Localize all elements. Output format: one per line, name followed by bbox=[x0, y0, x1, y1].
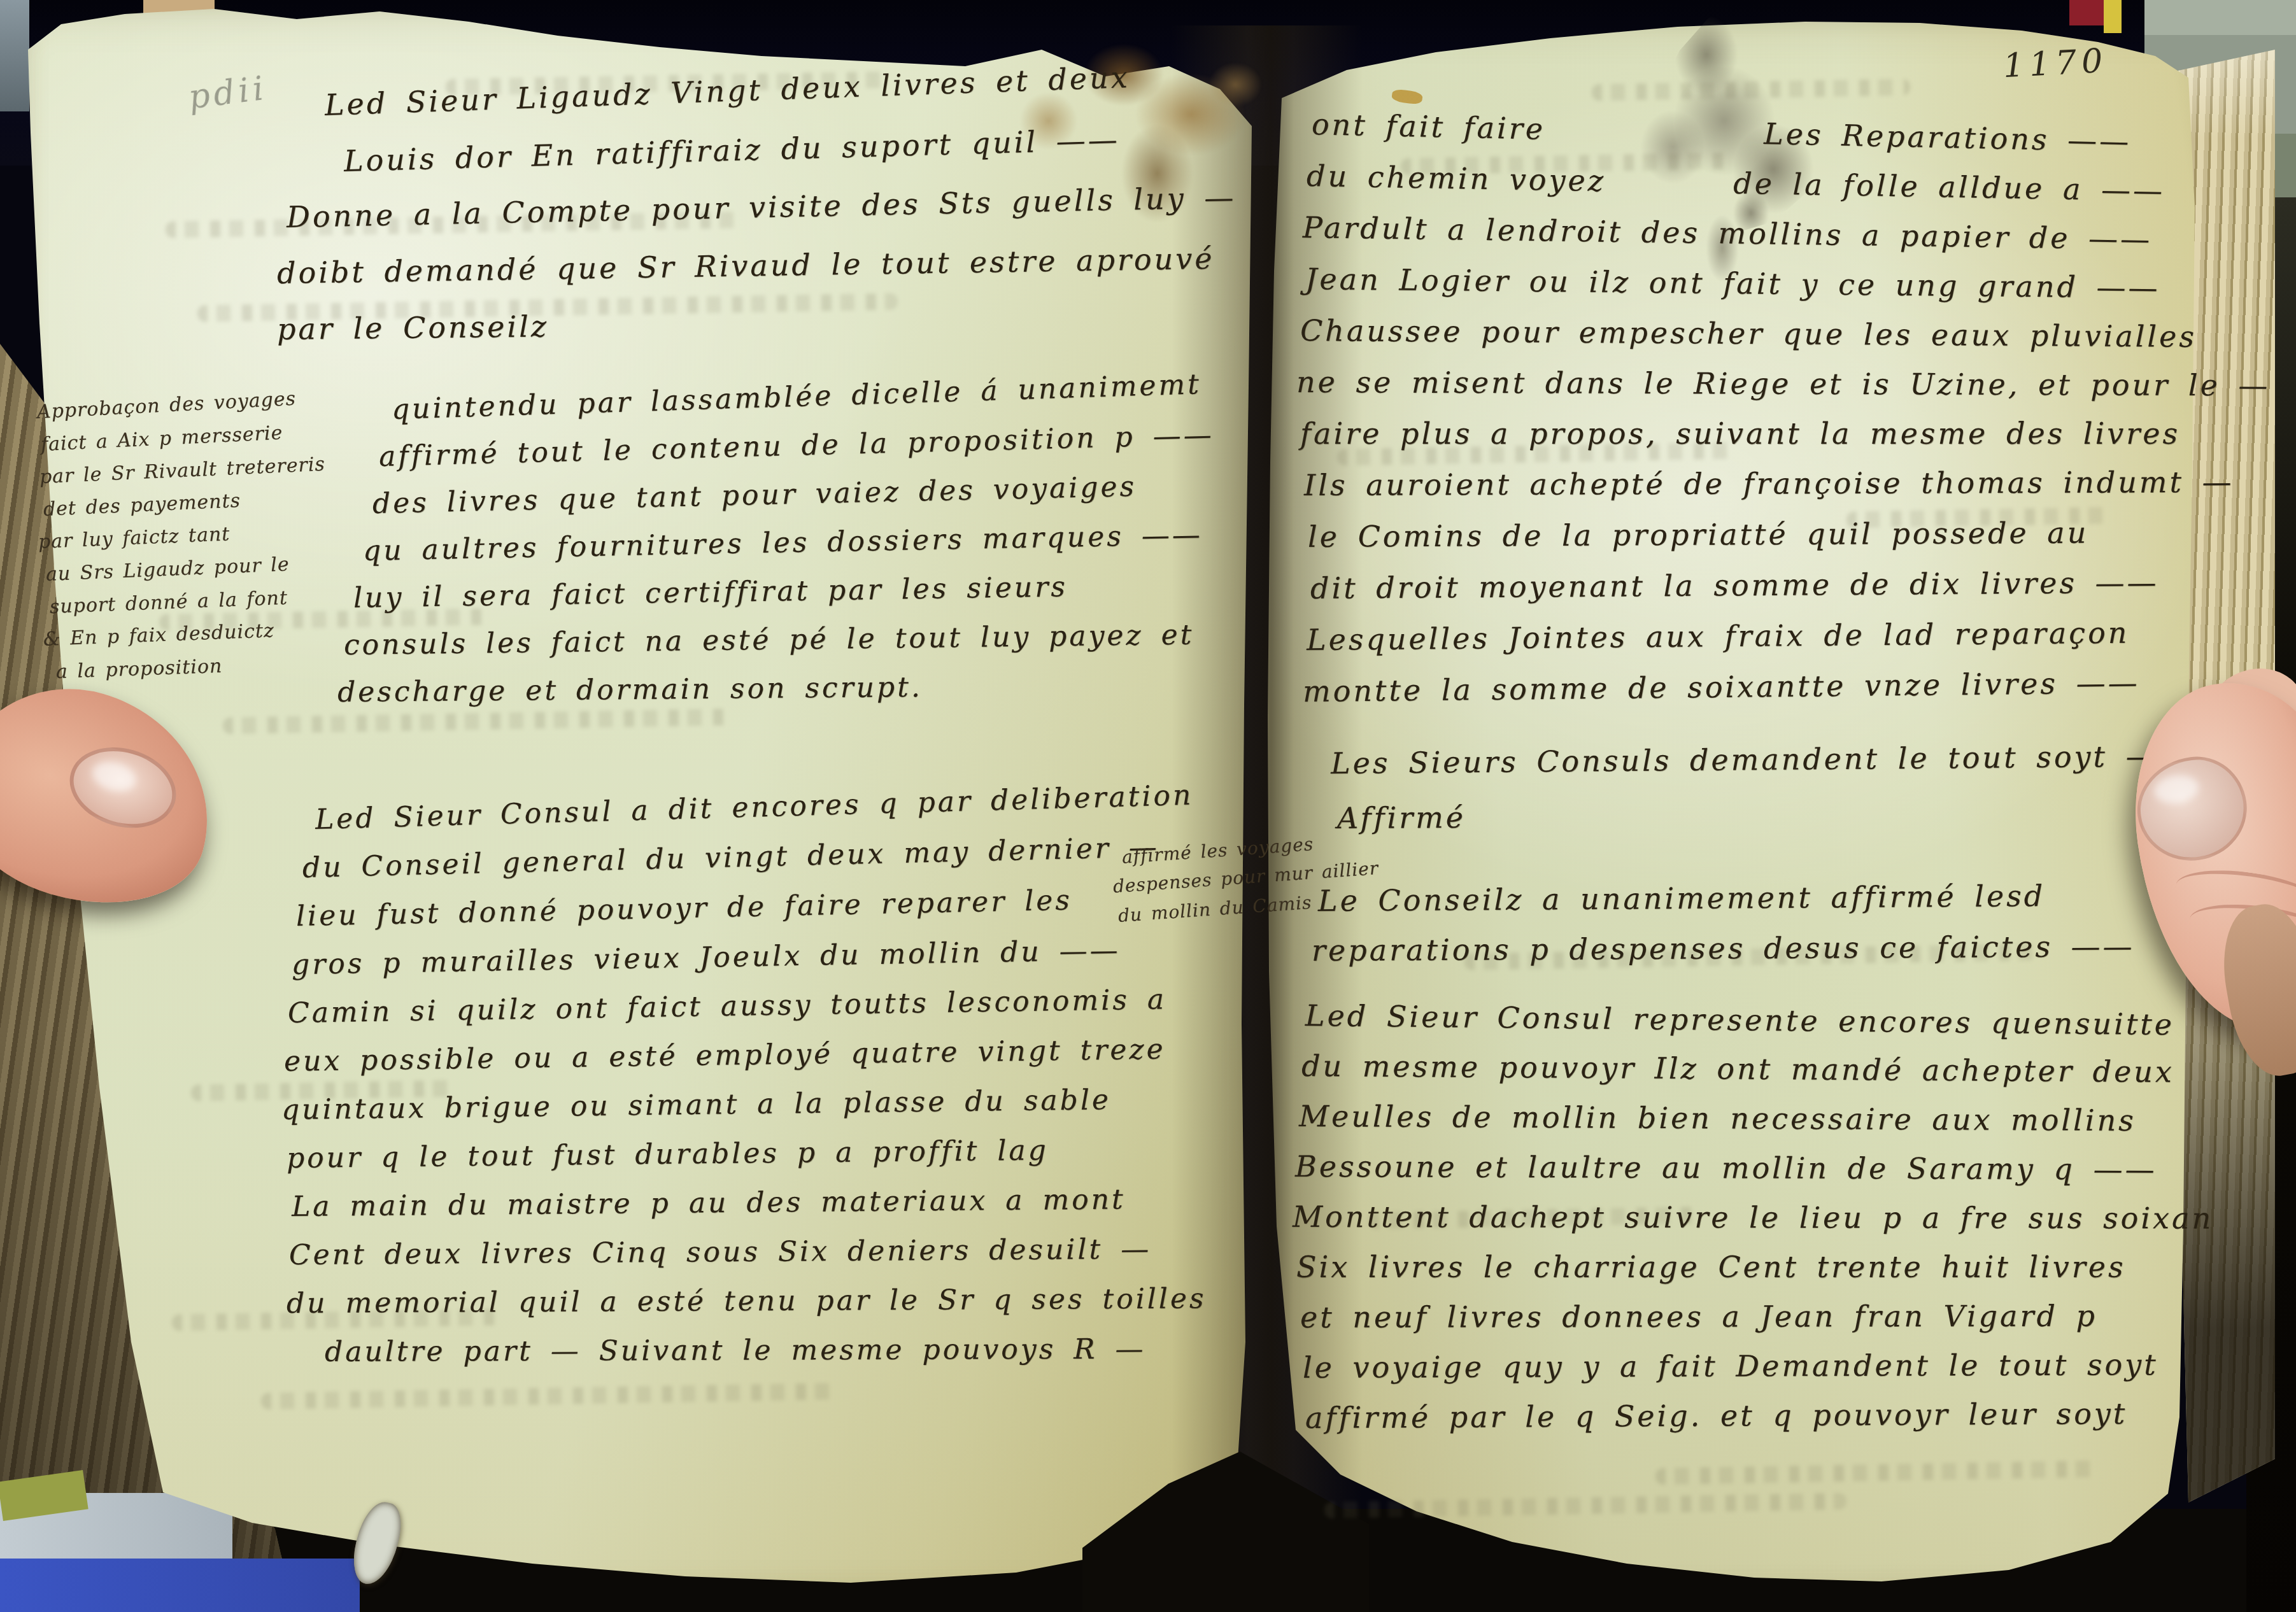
manuscript-line: dit droit moyenant la somme de dix livre… bbox=[1310, 565, 2159, 605]
manuscript-line: le Comins de la propriatté quil possede … bbox=[1308, 516, 2089, 554]
manuscript-line: du memorial quil a esté tenu par le Sr q… bbox=[287, 1282, 1207, 1320]
page-number: 1170 bbox=[2002, 42, 2109, 86]
manuscript-line: Affirmé bbox=[1337, 800, 1466, 835]
manuscript-line: ne se misent dans le Riege et is Uzine, … bbox=[1296, 365, 2270, 402]
manuscript-line: affirmé par le q Seig. et q pouvoyr leur… bbox=[1305, 1396, 2128, 1435]
manuscript-line: daultre part — Suivant le mesme pouvoys … bbox=[325, 1333, 1146, 1368]
right-thumb-nail bbox=[2130, 750, 2253, 867]
manuscript-photo-scene: pdii 1170 Led Sieur Ligaudz Vingt deux l… bbox=[0, 0, 2296, 1612]
manuscript-line: Meulles de mollin bien necessaire aux mo… bbox=[1299, 1099, 2136, 1138]
right-page-paragraph-4: Led Sieur Consul represente encores quen… bbox=[1305, 998, 2296, 1005]
left-page-paragraph-2: quintendu par lassamblée dicelle á unani… bbox=[382, 393, 1401, 400]
left-thumb-nail bbox=[60, 735, 185, 840]
manuscript-line: Cent deux livres Cinq sous Six deniers d… bbox=[289, 1233, 1151, 1271]
left-page-paragraph-1: Led Sieur Ligaudz Vingt deux livres et d… bbox=[299, 88, 1318, 94]
manuscript-line: Six livres le charriage Cent trente huit… bbox=[1296, 1250, 2126, 1284]
right-page-paragraph-1: ont fait faire Les Reparations ——du chem… bbox=[1312, 107, 2296, 113]
manuscript-line: faire plus a propos, suivant la mesme de… bbox=[1300, 416, 2180, 451]
right-page-margin-note: affirmé les voyagesdespenses pour mur ai… bbox=[1122, 847, 2141, 853]
manuscript-line: Monttent dachept suivre le lieu p a fre … bbox=[1293, 1199, 2213, 1236]
manuscript-line: Le Conseilz a unanimement affirmé lesd bbox=[1318, 879, 2045, 918]
nail-highlight bbox=[89, 757, 139, 796]
manuscript-line: et neuf livres donnees a Jean fran Vigar… bbox=[1300, 1299, 2097, 1334]
left-page-paragraph-3: Led Sieur Consul a dit encores q par del… bbox=[299, 803, 1318, 810]
manuscript-line: Ils auroient achepté de françoise thomas… bbox=[1304, 465, 2234, 502]
nail-highlight bbox=[2153, 772, 2200, 806]
manuscript-line: du mesme pouvoyr Ilz ont mandé achepter … bbox=[1301, 1049, 2174, 1089]
manuscript-line: Lesquelles Jointes aux fraix de lad repa… bbox=[1307, 616, 2130, 657]
manuscript-line: Bessoune et laultre au mollin de Saramy … bbox=[1295, 1149, 2157, 1187]
left-page-margin-note: Approbaçon des voyagesfaict a Aix p mers… bbox=[37, 401, 1056, 407]
manuscript-line: descharge et dormain son scrupt. bbox=[337, 671, 923, 709]
manuscript-line: par le Conseilz bbox=[277, 309, 549, 346]
manuscript-line: reparations p despenses desus ce faictes… bbox=[1312, 929, 2135, 968]
manuscript-line: le voyaige quy y a fait Demandent le tou… bbox=[1303, 1347, 2158, 1385]
manuscript-line: Chaussee pour empescher que les eaux plu… bbox=[1300, 313, 2197, 354]
table-blue-corner bbox=[0, 1559, 360, 1612]
background-yellow-object bbox=[2104, 0, 2122, 33]
background-gray-sliver bbox=[0, 0, 29, 111]
background-red-object bbox=[2069, 0, 2104, 25]
